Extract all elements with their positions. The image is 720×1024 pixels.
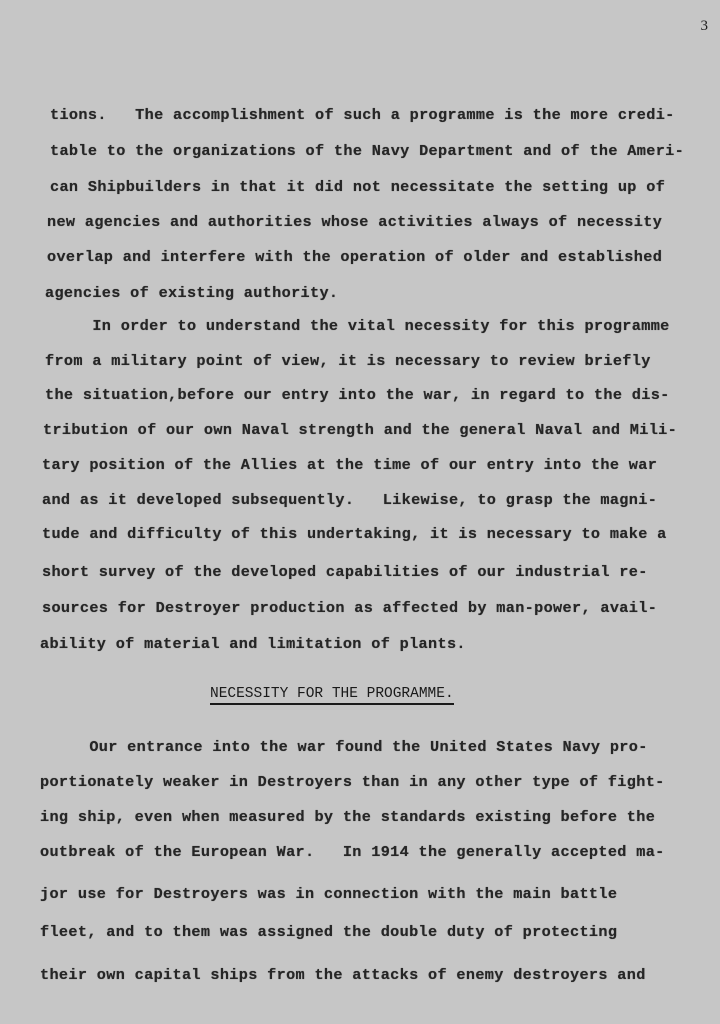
text-line: outbreak of the European War. In 1914 th… [40,843,665,861]
text-line: In order to understand the vital necessi… [45,317,670,335]
text-line: short survey of the developed capabiliti… [42,563,648,581]
text-line: tribution of our own Naval strength and … [43,421,677,439]
text-line: can Shipbuilders in that it did not nece… [50,178,665,196]
section-heading: NECESSITY FOR THE PROGRAMME. [210,686,454,705]
text-line: overlap and interfere with the operation… [47,248,662,266]
text-line: Our entrance into the war found the Unit… [42,738,648,756]
text-line: and as it developed subsequently. Likewi… [42,491,657,509]
text-line: agencies of existing authority. [45,284,338,302]
page-number: 3 [701,18,709,35]
text-line: jor use for Destroyers was in connection… [40,885,617,903]
text-line: table to the organizations of the Navy D… [50,142,684,160]
text-line: ability of material and limitation of pl… [40,635,466,653]
text-line: their own capital ships from the attacks… [40,966,646,984]
text-line: new agencies and authorities whose activ… [47,213,662,231]
text-line: sources for Destroyer production as affe… [42,599,657,617]
text-line: tude and difficulty of this undertaking,… [42,525,667,543]
text-line: tions. The accomplishment of such a prog… [50,106,675,124]
text-line: tary position of the Allies at the time … [42,456,657,474]
text-line: from a military point of view, it is nec… [45,352,651,370]
text-line: the situation,before our entry into the … [45,386,670,404]
text-line: portionately weaker in Destroyers than i… [40,773,665,791]
text-line: ing ship, even when measured by the stan… [40,808,655,826]
text-line: fleet, and to them was assigned the doub… [40,923,617,941]
